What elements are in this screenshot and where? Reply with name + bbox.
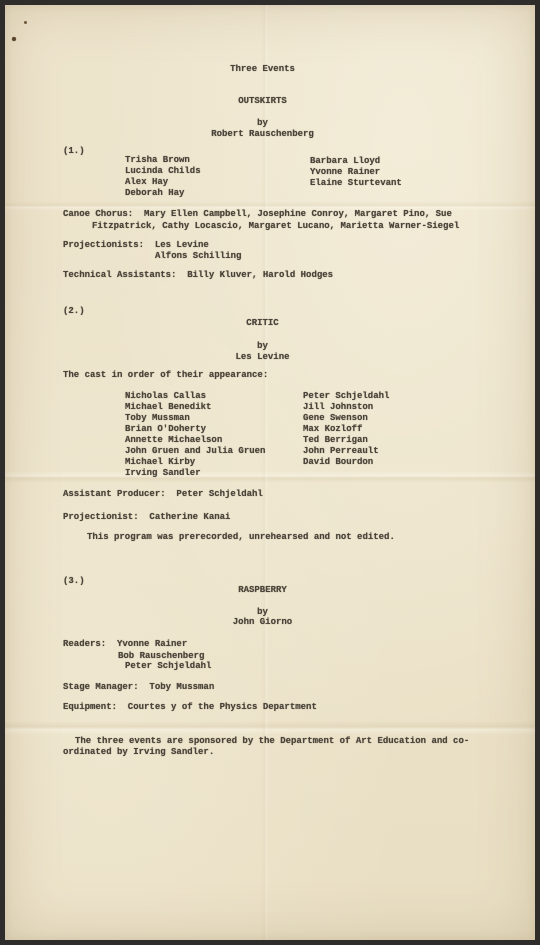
ink-spot-large: [12, 37, 16, 41]
event1-performers-right-column: Barbara Lloyd Yvonne Rainer Elaine Sturt…: [310, 156, 402, 189]
cast-member-name: Michael Benedikt: [125, 402, 265, 413]
event2-number: (2.): [63, 306, 85, 317]
event2-author: Les Levine: [5, 352, 520, 363]
performer-name: Trisha Brown: [125, 155, 201, 166]
event2-title: CRITIC: [5, 318, 520, 329]
performer-name: Alex Hay: [125, 177, 201, 188]
projectionist-line: Projectionist: Catherine Kanai: [63, 512, 230, 523]
cast-member-name: Peter Schjeldahl: [303, 391, 389, 402]
readers-line1: Readers: Yvonne Rainer: [63, 639, 187, 650]
event2-by-label: by: [5, 341, 520, 352]
ink-spot-small: [24, 21, 27, 24]
cast-member-name: Gene Swenson: [303, 413, 389, 424]
technical-assistants-line: Technical Assistants: Billy Kluver, Haro…: [63, 270, 333, 281]
cast-member-name: Toby Mussman: [125, 413, 265, 424]
cast-intro-line: The cast in order of their appearance:: [63, 370, 268, 381]
cast-member-name: Michael Kirby: [125, 457, 265, 468]
document-title: Three Events: [5, 64, 520, 75]
cast-member-name: John Perreault: [303, 446, 389, 457]
event3-author: John Giorno: [5, 617, 520, 628]
footer-line1: The three events are sponsored by the De…: [75, 736, 469, 747]
performer-name: Elaine Sturtevant: [310, 178, 402, 189]
assistant-producer-line: Assistant Producer: Peter Schjeldahl: [63, 489, 263, 500]
footer-line2: ordinated by Irving Sandler.: [63, 747, 214, 758]
cast-member-name: Jill Johnston: [303, 402, 389, 413]
cast-member-name: David Bourdon: [303, 457, 389, 468]
program-note-line: This program was prerecorded, unrehearse…: [87, 532, 395, 543]
event2-cast-left-column: Nicholas Callas Michael Benedikt Toby Mu…: [125, 391, 265, 479]
cast-member-name: Irving Sandler: [125, 468, 265, 479]
event2-cast-right-column: Peter Schjeldahl Jill Johnston Gene Swen…: [303, 391, 389, 468]
event1-number: (1.): [63, 146, 85, 157]
projectionists-line2: Alfons Schilling: [155, 251, 241, 262]
performer-name: Deborah Hay: [125, 188, 201, 199]
event3-title: RASPBERRY: [5, 585, 520, 596]
cast-member-name: Brian O'Doherty: [125, 424, 265, 435]
cast-member-name: Max Kozloff: [303, 424, 389, 435]
event1-by-label: by: [5, 118, 520, 129]
cast-member-name: John Gruen and Julia Gruen: [125, 446, 265, 457]
program-document: Three Events OUTSKIRTS by Robert Rausche…: [0, 0, 540, 945]
performer-name: Yvonne Rainer: [310, 167, 402, 178]
equipment-line: Equipment: Courtes y of the Physics Depa…: [63, 702, 317, 713]
performer-name: Lucinda Childs: [125, 166, 201, 177]
paper-crease-horizontal-3: [5, 721, 535, 735]
canoe-chorus-line2: Fitzpatrick, Cathy Locascio, Margaret Lu…: [92, 221, 459, 232]
cast-member-name: Annette Michaelson: [125, 435, 265, 446]
paper-crease-horizontal-2: [5, 471, 535, 483]
readers-line3: Peter Schjeldahl: [125, 661, 211, 672]
cast-member-name: Ted Berrigan: [303, 435, 389, 446]
stage-manager-line: Stage Manager: Toby Mussman: [63, 682, 214, 693]
projectionists-line1: Projectionists: Les Levine: [63, 240, 209, 251]
event1-author: Robert Rauschenberg: [5, 129, 520, 140]
event1-title: OUTSKIRTS: [5, 96, 520, 107]
canoe-chorus-line1: Canoe Chorus: Mary Ellen Campbell, Josep…: [63, 209, 452, 220]
performer-name: Barbara Lloyd: [310, 156, 402, 167]
cast-member-name: Nicholas Callas: [125, 391, 265, 402]
event1-performers-left-column: Trisha Brown Lucinda Childs Alex Hay Deb…: [125, 155, 201, 199]
